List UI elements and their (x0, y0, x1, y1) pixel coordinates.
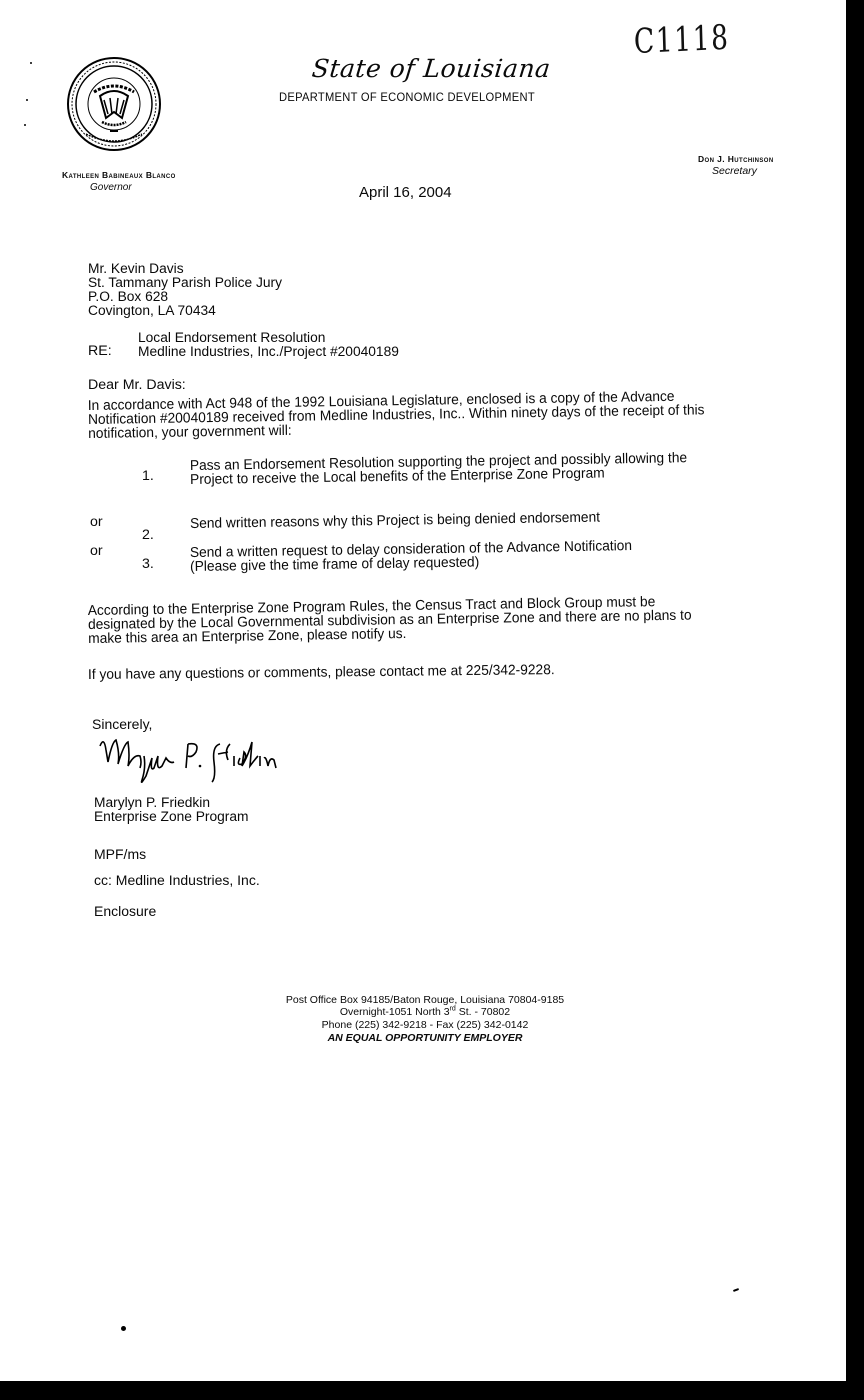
signer-title: Enterprise Zone Program (94, 810, 249, 824)
re-line: Local Endorsement Resolution (138, 331, 399, 345)
governor-title: Governor (90, 182, 132, 193)
address-line: P.O. Box 628 (88, 290, 282, 304)
body-paragraph-3: If you have any questions or comments, p… (88, 663, 555, 682)
option-number: 2. (142, 527, 154, 543)
body-paragraph-2: According to the Enterprise Zone Program… (88, 594, 719, 646)
address-line: Mr. Kevin Davis (88, 262, 282, 276)
option-number: 3. (142, 556, 154, 572)
valediction: Sincerely, (92, 716, 152, 732)
governor-name: Kathleen Babineaux Blanco (62, 170, 176, 180)
scan-speck (26, 99, 28, 101)
scan-speck (733, 1288, 739, 1292)
salutation: Dear Mr. Davis: (88, 377, 186, 393)
recipient-address: Mr. Kevin Davis St. Tammany Parish Polic… (88, 262, 282, 318)
state-seal-icon (66, 56, 162, 152)
option-text: Pass an Endorsement Resolution supportin… (190, 451, 695, 487)
footer-overnight-address: Overnight-1051 North 3rd St. - 70802 (0, 1006, 857, 1019)
scan-edge-bottom (0, 1381, 864, 1400)
letter-date: April 16, 2004 (359, 184, 452, 201)
option-prefix: or (90, 543, 103, 559)
signer-name: Marylyn P. Friedkin (94, 796, 249, 810)
state-title: State of Louisiana (310, 54, 552, 83)
secretary-name: Don J. Hutchinson (698, 154, 774, 164)
scan-speck (30, 62, 32, 64)
secretary-title: Secretary (712, 165, 757, 177)
handwritten-signature-icon (96, 732, 296, 788)
re-label: RE: (88, 343, 112, 359)
signer-block: Marylyn P. Friedkin Enterprise Zone Prog… (94, 796, 249, 824)
typist-initials: MPF/ms (94, 846, 146, 862)
cc-line: cc: Medline Industries, Inc. (94, 872, 260, 888)
enclosure-note: Enclosure (94, 903, 156, 919)
footer-phone-fax: Phone (225) 342-9218 - Fax (225) 342-014… (0, 1019, 857, 1032)
footer-equal-opportunity: AN EQUAL OPPORTUNITY EMPLOYER (0, 1032, 857, 1045)
department-name: DEPARTMENT OF ECONOMIC DEVELOPMENT (279, 92, 535, 104)
handwritten-note: C1118 (633, 18, 730, 62)
footer-overnight-pre: Overnight-1051 North 3 (340, 1006, 450, 1018)
option-text: Send a written request to delay consider… (190, 538, 675, 574)
scan-speck (24, 124, 26, 126)
body-paragraph-1: In accordance with Act 948 of the 1992 L… (88, 389, 719, 441)
footer-overnight-post: St. - 70802 (456, 1006, 510, 1018)
option-text: Send written reasons why this Project is… (190, 509, 695, 531)
scan-edge-right (846, 0, 864, 1400)
address-line: St. Tammany Parish Police Jury (88, 276, 282, 290)
scan-speck (121, 1326, 126, 1331)
re-line: Medline Industries, Inc./Project #200401… (138, 345, 399, 359)
option-prefix: or (90, 514, 103, 530)
option-number: 1. (142, 468, 154, 484)
re-subject: Local Endorsement Resolution Medline Ind… (138, 331, 399, 359)
address-line: Covington, LA 70434 (88, 304, 282, 318)
